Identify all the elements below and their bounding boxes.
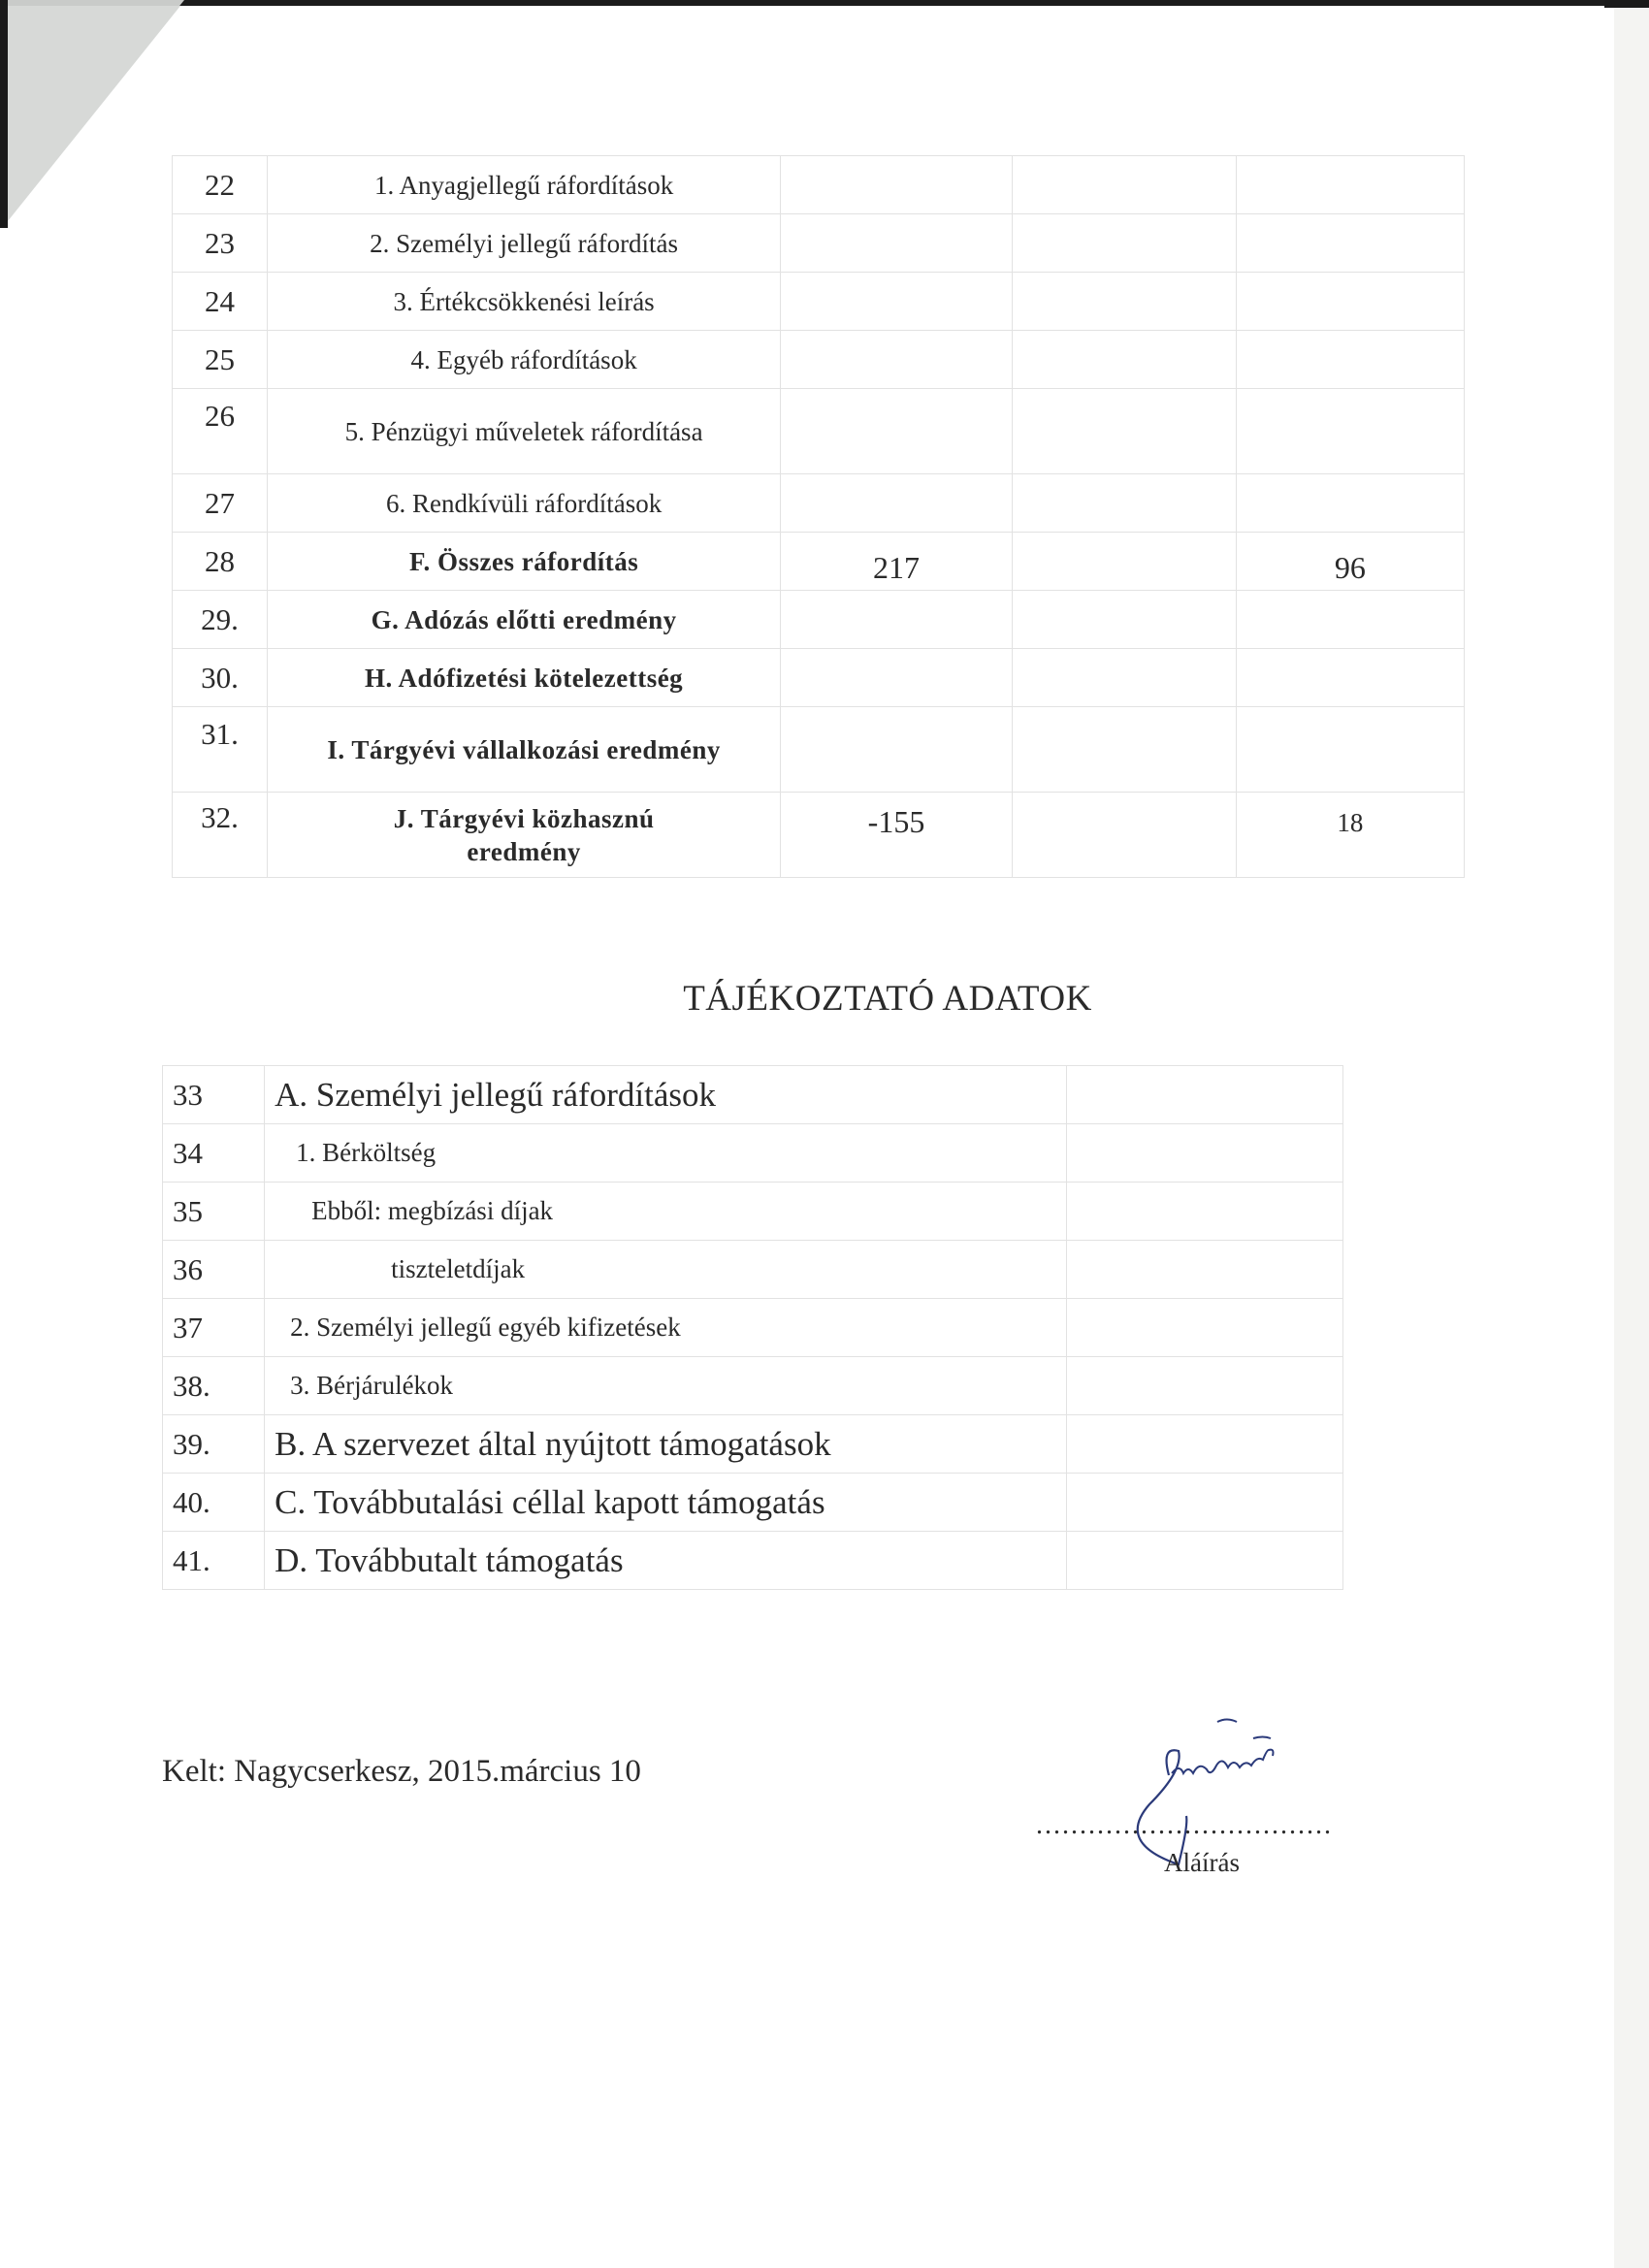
folded-corner-shade (8, 6, 180, 221)
row-label: G. Adózás előtti eredmény (268, 591, 781, 649)
value-col-1 (781, 649, 1013, 707)
table-row: 40. C. Továbbutalási céllal kapott támog… (163, 1474, 1343, 1532)
table-row: 37 2. Személyi jellegű egyéb kifizetések (163, 1299, 1343, 1357)
row-number: 36 (163, 1241, 265, 1299)
table-row: 33 A. Személyi jellegű ráfordítások (163, 1066, 1343, 1124)
row-label: A. Személyi jellegű ráfordítások (265, 1066, 1067, 1124)
row-value (1066, 1299, 1342, 1357)
value-col-1 (781, 591, 1013, 649)
handwritten-signature (1086, 1698, 1377, 1872)
row-number: 23 (173, 214, 268, 273)
row-number: 41. (163, 1532, 265, 1590)
information-table: 33 A. Személyi jellegű ráfordítások 34 1… (162, 1065, 1343, 1590)
row-value (1066, 1183, 1342, 1241)
row-value (1066, 1532, 1342, 1590)
row-number: 33 (163, 1066, 265, 1124)
row-label: 2. Személyi jellegű egyéb kifizetések (265, 1299, 1067, 1357)
value-col-1 (781, 214, 1013, 273)
row-label: J. Tárgyévi közhasznú eredmény (268, 793, 781, 878)
value-col-2 (1012, 793, 1236, 878)
scan-edge-left (0, 0, 8, 228)
row-label: 5. Pénzügyi műveletek ráfordítása (268, 389, 781, 474)
row-value (1066, 1066, 1342, 1124)
value-col-1 (781, 331, 1013, 389)
table-row: 31. I. Tárgyévi vállalkozási eredmény (173, 707, 1465, 793)
value-col-2 (1012, 389, 1236, 474)
value-col-3 (1236, 649, 1464, 707)
row-number: 37 (163, 1299, 265, 1357)
table-row: 23 2. Személyi jellegű ráfordítás (173, 214, 1465, 273)
signature-label: Aláírás (1164, 1848, 1240, 1878)
value-col-2 (1012, 649, 1236, 707)
row-label: F. Összes ráfordítás (268, 533, 781, 591)
table-row: 41. D. Továbbutalt támogatás (163, 1532, 1343, 1590)
table-row: 30. H. Adófizetési kötelezettség (173, 649, 1465, 707)
row-label: B. A szervezet által nyújtott támogatáso… (265, 1415, 1067, 1474)
row-label: Ebből: megbízási díjak (265, 1183, 1067, 1241)
value-col-2 (1012, 214, 1236, 273)
row-number: 32. (173, 793, 268, 878)
value-col-2 (1012, 591, 1236, 649)
value-col-2 (1012, 474, 1236, 533)
row-label: 6. Rendkívüli ráfordítások (268, 474, 781, 533)
value-col-1 (781, 474, 1013, 533)
row-label: D. Továbbutalt támogatás (265, 1532, 1067, 1590)
value-col-1 (781, 273, 1013, 331)
value-col-2 (1012, 156, 1236, 214)
scan-edge-right (1614, 6, 1649, 2268)
row-value (1066, 1474, 1342, 1532)
row-label: I. Tárgyévi vállalkozási eredmény (268, 707, 781, 793)
value-col-3 (1236, 389, 1464, 474)
row-value (1066, 1124, 1342, 1183)
table-row: 32. J. Tárgyévi közhasznú eredmény -155 … (173, 793, 1465, 878)
value-col-1 (781, 707, 1013, 793)
scan-edge-corner (1604, 0, 1649, 8)
value-col-2 (1012, 273, 1236, 331)
value-col-3 (1236, 214, 1464, 273)
value-col-2 (1012, 331, 1236, 389)
row-number: 31. (173, 707, 268, 793)
row-label: 1. Anyagjellegű ráfordítások (268, 156, 781, 214)
table-row: 34 1. Bérköltség (163, 1124, 1343, 1183)
table-row: 35 Ebből: megbízási díjak (163, 1183, 1343, 1241)
row-number: 22 (173, 156, 268, 214)
scan-edge-top (0, 0, 1649, 6)
row-number: 29. (173, 591, 268, 649)
table-row: 39. B. A szervezet által nyújtott támoga… (163, 1415, 1343, 1474)
row-number: 26 (173, 389, 268, 474)
table-row: 27 6. Rendkívüli ráfordítások (173, 474, 1465, 533)
table-row: 28 F. Összes ráfordítás 217 96 (173, 533, 1465, 591)
row-number: 40. (163, 1474, 265, 1532)
value-col-3 (1236, 331, 1464, 389)
table-row: 36 tiszteletdíjak (163, 1241, 1343, 1299)
section-title: TÁJÉKOZTATÓ ADATOK (0, 978, 1649, 1020)
row-number: 39. (163, 1415, 265, 1474)
row-value (1066, 1241, 1342, 1299)
value-col-3 (1236, 156, 1464, 214)
value-col-3 (1236, 591, 1464, 649)
row-number: 35 (163, 1183, 265, 1241)
value-col-2 (1012, 707, 1236, 793)
signature-line: .................................. (1036, 1810, 1333, 1841)
table-row: 26 5. Pénzügyi műveletek ráfordítása (173, 389, 1465, 474)
row-number: 30. (173, 649, 268, 707)
value-col-3 (1236, 707, 1464, 793)
value-col-1: -155 (781, 793, 1013, 878)
row-label: 1. Bérköltség (265, 1124, 1067, 1183)
value-col-1 (781, 156, 1013, 214)
row-label: C. Továbbutalási céllal kapott támogatás (265, 1474, 1067, 1532)
table-row: 22 1. Anyagjellegű ráfordítások (173, 156, 1465, 214)
expenses-table: 22 1. Anyagjellegű ráfordítások 23 2. Sz… (172, 155, 1465, 878)
value-col-1 (781, 389, 1013, 474)
table-row: 38. 3. Bérjárulékok (163, 1357, 1343, 1415)
row-number: 25 (173, 331, 268, 389)
row-number: 24 (173, 273, 268, 331)
row-number: 28 (173, 533, 268, 591)
value-col-3 (1236, 273, 1464, 331)
value-col-3: 18 (1236, 793, 1464, 878)
value-col-2 (1012, 533, 1236, 591)
row-number: 38. (163, 1357, 265, 1415)
row-label: 2. Személyi jellegű ráfordítás (268, 214, 781, 273)
row-label: 3. Értékcsökkenési leírás (268, 273, 781, 331)
table-row: 24 3. Értékcsökkenési leírás (173, 273, 1465, 331)
table-row: 29. G. Adózás előtti eredmény (173, 591, 1465, 649)
table-row: 25 4. Egyéb ráfordítások (173, 331, 1465, 389)
date-place-line: Kelt: Nagycserkesz, 2015.március 10 (162, 1754, 641, 1790)
row-label: H. Adófizetési kötelezettség (268, 649, 781, 707)
row-label: 3. Bérjárulékok (265, 1357, 1067, 1415)
row-number: 27 (173, 474, 268, 533)
row-label: tiszteletdíjak (265, 1241, 1067, 1299)
value-col-3: 96 (1236, 533, 1464, 591)
row-number: 34 (163, 1124, 265, 1183)
value-col-3 (1236, 474, 1464, 533)
row-label: 4. Egyéb ráfordítások (268, 331, 781, 389)
row-value (1066, 1415, 1342, 1474)
row-value (1066, 1357, 1342, 1415)
value-col-1: 217 (781, 533, 1013, 591)
